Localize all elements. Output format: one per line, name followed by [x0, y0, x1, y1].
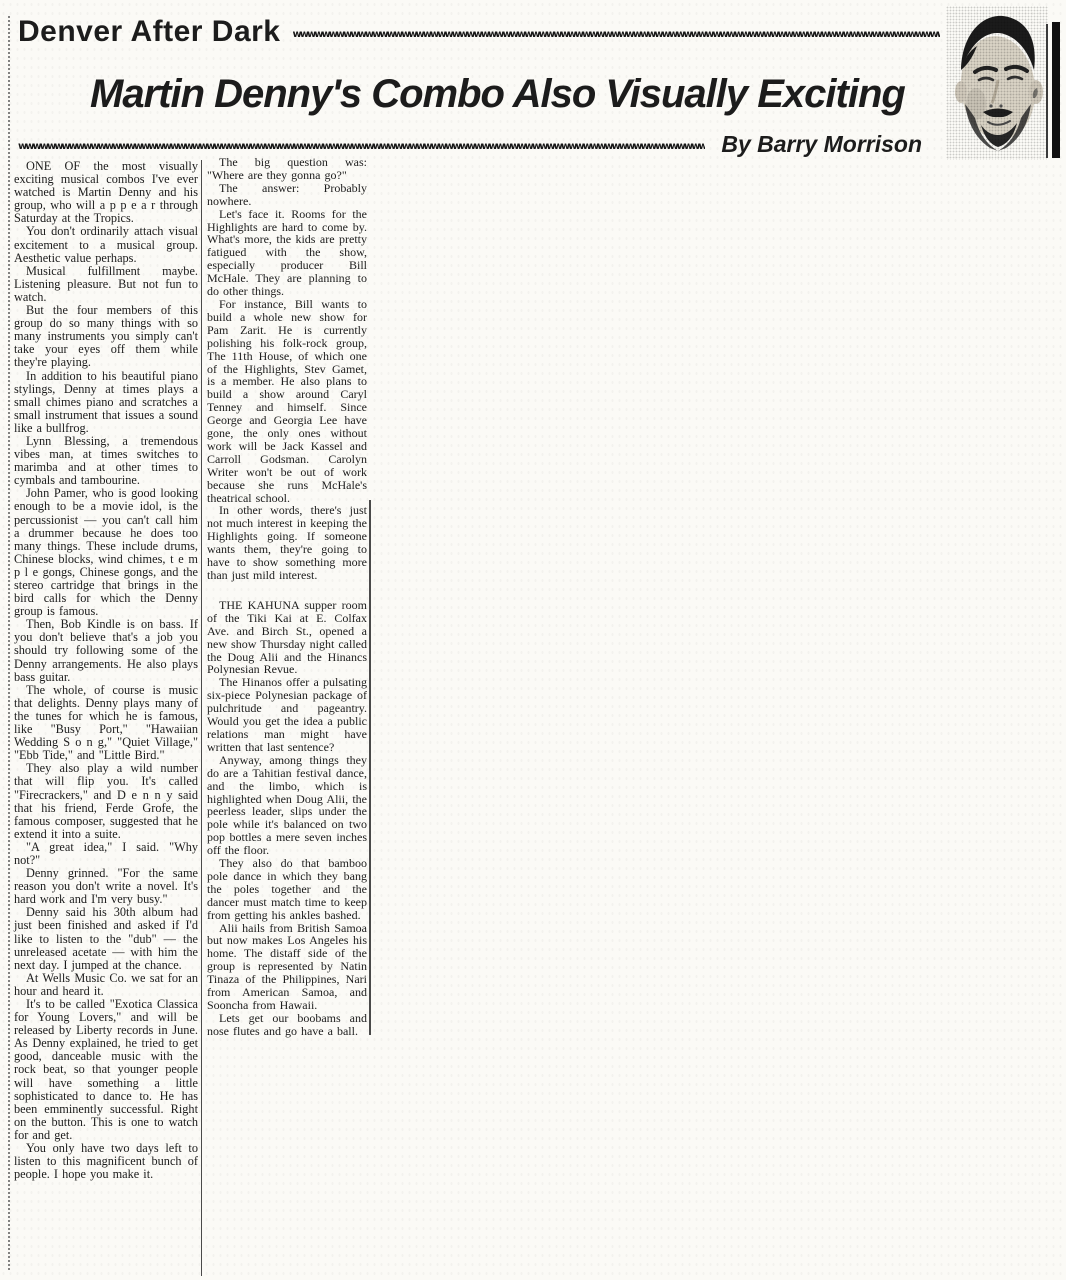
paragraph: They also play a wild number that will f… — [14, 762, 198, 841]
paragraph: At Wells Music Co. we sat for an hour an… — [14, 972, 198, 998]
byline: By Barry Morrison — [721, 131, 940, 158]
column-rule-right — [369, 500, 371, 1035]
kicker-row: Denver After Dark wwwwwwwwwwwwwwwwwwwwww… — [18, 10, 940, 54]
author-photo — [946, 6, 1048, 160]
author-portrait-illustration — [946, 6, 1048, 160]
left-dotted-column-rule — [8, 16, 10, 1270]
byline-row: wwwwwwwwwwwwwwwwwwwwwwwwwwwwwwwwwwwwwwww… — [18, 131, 940, 158]
paragraph: THE KAHUNA supper room of the Tiki Kai a… — [207, 599, 367, 676]
article-column-1: ONE OF the most visually exciting musica… — [14, 160, 202, 1276]
paragraph: The whole, of course is music that delig… — [14, 684, 198, 763]
paragraph: Then, Bob Kindle is on bass. If you don'… — [14, 618, 198, 683]
paragraph: They also do that bamboo pole dance in w… — [207, 857, 367, 922]
headline: Martin Denny's Combo Also Visually Excit… — [90, 72, 940, 117]
paragraph: Alii hails from British Samoa but now ma… — [207, 922, 367, 1012]
paragraph: John Pamer, who is good looking enough t… — [14, 487, 198, 618]
paragraph: In addition to his beautiful piano styli… — [14, 370, 198, 435]
zigzag-rule-top: wwwwwwwwwwwwwwwwwwwwwwwwwwwwwwwwwwwwwwww… — [293, 28, 941, 41]
page-edge-bar — [1052, 22, 1060, 158]
paragraph: The Hinanos offer a pulsating six-piece … — [207, 676, 367, 753]
paragraph: The big question was: "Where are they go… — [207, 156, 367, 182]
paragraph: But the four members of this group do so… — [14, 304, 198, 369]
paragraph: Let's face it. Rooms for the Highlights … — [207, 208, 367, 298]
paragraph: For instance, Bill wants to build a whol… — [207, 298, 367, 505]
paragraph: Anyway, among things they do are a Tahit… — [207, 754, 367, 857]
paragraph: "A great idea," I said. "Why not?" — [14, 841, 198, 867]
column-title: Denver After Dark — [18, 15, 281, 49]
paragraph: You don't ordinarily attach visual excit… — [14, 225, 198, 264]
masthead: Denver After Dark wwwwwwwwwwwwwwwwwwwwww… — [18, 10, 940, 158]
zigzag-rule-bottom: wwwwwwwwwwwwwwwwwwwwwwwwwwwwwwwwwwwwwwww… — [18, 140, 705, 153]
paragraph: The answer: Probably nowhere. — [207, 182, 367, 208]
page-edge-rule — [1046, 24, 1048, 158]
paragraph: Denny grinned. "For the same reason you … — [14, 867, 198, 906]
paragraph: You only have two days left to listen to… — [14, 1142, 198, 1181]
paragraph: ONE OF the most visually exciting musica… — [14, 160, 198, 225]
paragraph: Musical fulfillment maybe. Listening ple… — [14, 265, 198, 304]
paragraph: Lynn Blessing, a tremendous vibes man, a… — [14, 435, 198, 487]
paragraph: In other words, there's just not much in… — [207, 504, 367, 581]
paragraph: Denny said his 30th album had just been … — [14, 906, 198, 971]
paragraph: It's to be called "Exotica Classica for … — [14, 998, 198, 1142]
paragraph: Lets get our boobams and nose flutes and… — [207, 1012, 367, 1038]
article-column-2: The big question was: "Where are they go… — [207, 156, 367, 1038]
